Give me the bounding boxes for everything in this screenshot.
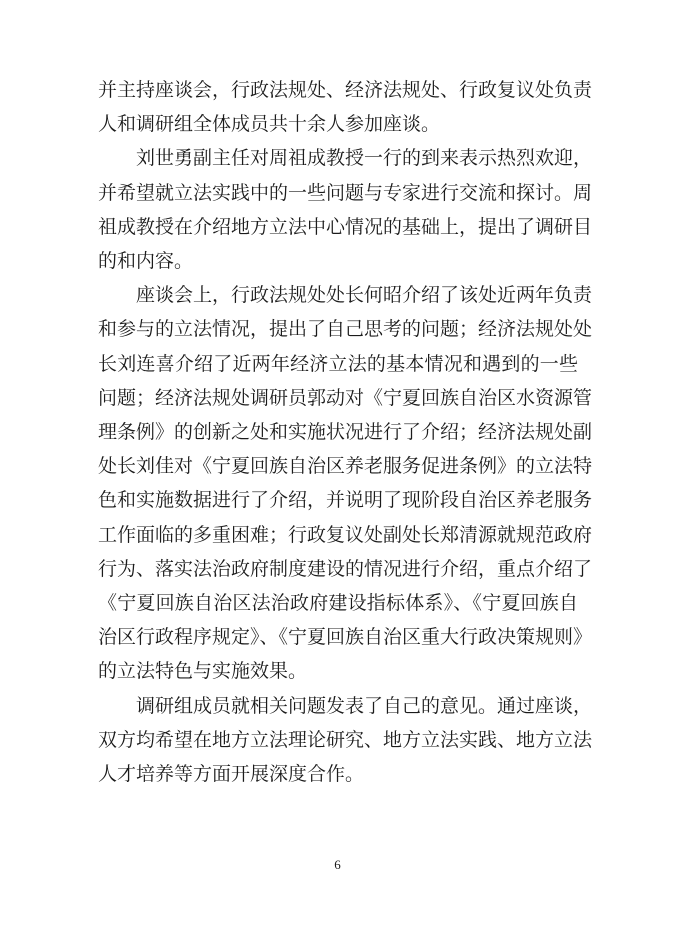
text-line: 人和调研组全体成员共十余人参加座谈。	[98, 108, 578, 142]
text-line: 调研组成员就相关问题发表了自己的意见。通过座谈，	[98, 690, 578, 724]
text-line: 色和实施数据进行了介绍，并说明了现阶段自治区养老服务	[98, 484, 578, 518]
text-line: 人才培养等方面开展深度合作。	[98, 758, 578, 792]
document-body: 并主持座谈会，行政法规处、经济法规处、行政复议处负责人和调研组全体成员共十余人参…	[98, 74, 578, 792]
text-line: 刘世勇副主任对周祖成教授一行的到来表示热烈欢迎，	[98, 142, 578, 176]
text-line: 工作面临的多重困难；行政复议处副处长郑清源就规范政府	[98, 519, 578, 553]
page-number: 6	[0, 856, 675, 874]
text-line: 治区行政程序规定》、《宁夏回族自治区重大行政决策规则》	[98, 621, 578, 655]
text-line: 理条例》的创新之处和实施状况进行了介绍；经济法规处副	[98, 416, 578, 450]
text-line: 行为、落实法治政府制度建设的情况进行介绍，重点介绍了	[98, 553, 578, 587]
paragraph: 刘世勇副主任对周祖成教授一行的到来表示热烈欢迎，并希望就立法实践中的一些问题与专…	[98, 142, 578, 279]
text-line: 《宁夏回族自治区法治政府建设指标体系》、《宁夏回族自	[98, 587, 578, 621]
text-line: 和参与的立法情况，提出了自己思考的问题；经济法规处处	[98, 313, 578, 347]
paragraph: 调研组成员就相关问题发表了自己的意见。通过座谈，双方均希望在地方立法理论研究、地…	[98, 690, 578, 793]
text-line: 长刘连喜介绍了近两年经济立法的基本情况和遇到的一些	[98, 348, 578, 382]
document-page: 并主持座谈会，行政法规处、经济法规处、行政复议处负责人和调研组全体成员共十余人参…	[0, 0, 675, 941]
text-line: 祖成教授在介绍地方立法中心情况的基础上，提出了调研目	[98, 211, 578, 245]
text-line: 问题；经济法规处调研员郭动对《宁夏回族自治区水资源管	[98, 382, 578, 416]
paragraph: 并主持座谈会，行政法规处、经济法规处、行政复议处负责人和调研组全体成员共十余人参…	[98, 74, 578, 142]
text-line: 座谈会上，行政法规处处长何昭介绍了该处近两年负责	[98, 279, 578, 313]
paragraph: 座谈会上，行政法规处处长何昭介绍了该处近两年负责和参与的立法情况，提出了自己思考…	[98, 279, 578, 689]
text-line: 双方均希望在地方立法理论研究、地方立法实践、地方立法	[98, 724, 578, 758]
text-line: 的立法特色与实施效果。	[98, 655, 578, 689]
text-line: 并主持座谈会，行政法规处、经济法规处、行政复议处负责	[98, 74, 578, 108]
text-line: 处长刘佳对《宁夏回族自治区养老服务促进条例》的立法特	[98, 450, 578, 484]
text-line: 并希望就立法实践中的一些问题与专家进行交流和探讨。周	[98, 177, 578, 211]
text-line: 的和内容。	[98, 245, 578, 279]
